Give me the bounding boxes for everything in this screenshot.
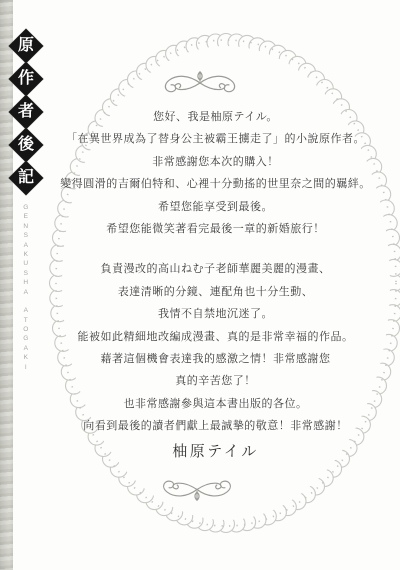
title-char: 原 xyxy=(18,38,34,54)
afterword-text: 您好、我是柚原テイル。「在異世界成為了替身公主被霸王擄走了」的小說原作者。非常感… xyxy=(28,106,400,464)
text-line: 變得圓滑的吉爾伯特和、心裡十分動搖的世里奈之間的羈絆。 xyxy=(28,173,400,195)
afterword-greeting: 您好、我是柚原テイル。「在異世界成為了替身公主被霸王擄走了」的小說原作者。非常感… xyxy=(28,106,400,240)
text-line: 您好、我是柚原テイル。 xyxy=(28,106,400,128)
text-line: 負責漫改的高山ねむ子老師華麗美麗的漫畫、 xyxy=(28,258,400,280)
text-line: 我情不自禁地沉迷了。 xyxy=(28,303,400,325)
text-line: 能被如此精細地改編成漫畫、真的是非常幸福的作品。 xyxy=(28,326,400,348)
text-line: 非常感謝您本次的購入！ xyxy=(28,151,400,173)
text-line: 「在異世界成為了替身公主被霸王擄走了」的小說原作者。 xyxy=(28,128,400,150)
title-diamond: 原 xyxy=(9,29,43,63)
afterword-page: { "sidebar": { "title": "原作者後記", "romaji… xyxy=(0,0,400,570)
text-line: 藉著這個機會表達我的感激之情！非常感謝您 xyxy=(28,348,400,370)
text-line: 希望您能享受到最後。 xyxy=(28,196,400,218)
text-line: 也非常感謝參與這本書出版的各位。 xyxy=(28,393,400,415)
text-line: 希望您能微笑著看完最後一章的新婚旅行！ xyxy=(28,218,400,240)
title-char: 作 xyxy=(18,71,34,87)
text-line: 表達清晰的分鏡、連配角也十分生動、 xyxy=(28,281,400,303)
afterword-manga-thanks: 負責漫改的高山ねむ子老師華麗美麗的漫畫、表達清晰的分鏡、連配角也十分生動、我情不… xyxy=(28,258,400,437)
title-diamond: 作 xyxy=(9,62,43,96)
flourish-bottom-icon xyxy=(151,476,243,503)
text-line: 向看到最後的讀者們獻上最誠摯的敬意！非常感謝！ xyxy=(28,415,400,437)
text-line: 真的辛苦您了！ xyxy=(28,370,400,392)
flourish-top-icon xyxy=(152,69,248,97)
signature: 柚原テイル xyxy=(28,440,400,464)
